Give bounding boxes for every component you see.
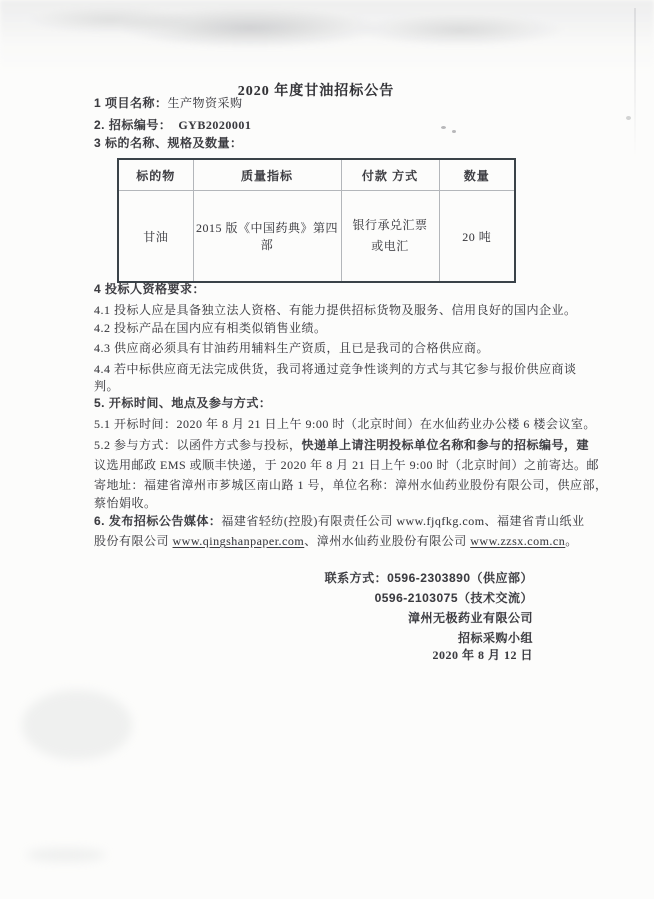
clause-4-4: 4.4 若中标供应商无法完成供货，我司将通过竞争性谈判的方式与其它参与报价供应商… [94, 360, 577, 378]
clause-5-2-recipient: 蔡怡娟收。 [94, 494, 157, 512]
field-tender-number-value: GYB2020001 [171, 118, 251, 132]
section5-heading: 5. 开标时间、地点及参与方式： [94, 394, 271, 412]
scan-speck [441, 126, 446, 129]
signature-company: 漳州无极药业有限公司 [408, 609, 533, 627]
contact-phone-2: 0596-2103075（技术交流） [375, 589, 533, 607]
table-data-row: 甘油 2015 版《中国药典》第四部 银行承兑汇票 或电汇 20 吨 [118, 191, 515, 283]
section4-heading: 4 投标人资格要求： [94, 280, 205, 298]
table-header-quantity: 数量 [439, 159, 515, 191]
clause-5-2-normal: 5.2 参与方式：以函件方式参与投标， [94, 438, 302, 452]
field-tender-number-label: 2. 招标编号： [94, 118, 171, 132]
scan-speck [452, 130, 456, 133]
cell-subject: 甘油 [118, 191, 193, 283]
table-header-row: 标的物 质量指标 付款 方式 数量 [118, 159, 515, 191]
section6-media-3: 、漳州水仙药业股份有限公司 [304, 534, 470, 548]
field-subject-heading-label: 3 标的名称、规格及数量： [94, 136, 243, 150]
clause-4-1: 4.1 投标人应是具备独立法人资格、有能力提供招标货物及服务、信用良好的国内企业… [94, 301, 577, 319]
field-project-name: 1 项目名称：生产物资采购 [94, 94, 243, 112]
field-project-name-label: 1 项目名称： [94, 96, 168, 110]
field-subject-heading: 3 标的名称、规格及数量： [94, 134, 243, 152]
tender-items-table: 标的物 质量指标 付款 方式 数量 甘油 2015 版《中国药典》第四部 银行承… [117, 158, 516, 283]
table-header-quality-standard: 质量指标 [193, 159, 341, 191]
contact-phone-1: 联系方式：0596-2303890（供应部） [325, 569, 533, 587]
media-url-zzsx: www.zzsx.com.cn [470, 534, 565, 548]
clause-5-2-continued-1: 议选用邮政 EMS 或顺丰快递，于 2020 年 8 月 21 日上午 9:00… [94, 456, 599, 474]
scan-smudge [22, 690, 132, 760]
clause-5-2: 5.2 参与方式：以函件方式参与投标，快递单上请注明投标单位名称和参与的招标编号… [94, 436, 589, 454]
field-project-name-value: 生产物资采购 [168, 96, 243, 110]
section6-heading: 6. 发布招标公告媒体： [94, 514, 221, 528]
scan-smudge [26, 848, 106, 862]
section6-line2: 股份有限公司 www.qingshanpaper.com、漳州水仙药业股份有限公… [94, 532, 578, 550]
cell-quantity: 20 吨 [439, 191, 515, 283]
table-header-subject: 标的物 [118, 159, 193, 191]
cell-quality-standard: 2015 版《中国药典》第四部 [193, 191, 341, 283]
clause-5-1: 5.1 开标时间：2020 年 8 月 21 日上午 9:00 时（北京时间）在… [94, 415, 596, 433]
clause-5-2-emphasis: 快递单上请注明投标单位名称和参与的招标编号，建 [302, 438, 590, 452]
scan-speck [626, 116, 631, 120]
clause-5-2-continued-2: 寄地址：福建省漳州市芗城区南山路 1 号，单位名称：漳州水仙药业股份有限公司，供… [94, 476, 608, 494]
section6-line1: 6. 发布招标公告媒体：福建省轻纺(控股)有限责任公司 www.fjqfkg.c… [94, 512, 585, 530]
document-page: 2020 年度甘油招标公告 1 项目名称：生产物资采购 2. 招标编号： GYB… [0, 0, 654, 899]
field-tender-number: 2. 招标编号： GYB2020001 [94, 116, 251, 134]
clause-4-4-continued: 判。 [94, 377, 119, 395]
clause-4-3: 4.3 供应商必须具有甘油药用辅料生产资质，且已是我司的合格供应商。 [94, 339, 489, 357]
signature-date: 2020 年 8 月 12 日 [432, 646, 533, 664]
scan-shadow-top [0, 0, 654, 72]
cell-payment-method: 银行承兑汇票 或电汇 [341, 191, 439, 283]
signature-department: 招标采购小组 [458, 629, 533, 647]
scan-edge-line [634, 8, 636, 158]
clause-4-2: 4.2 投标产品在国内应有相类似销售业绩。 [94, 319, 327, 337]
table-header-payment-method: 付款 方式 [341, 159, 439, 191]
section6-period: 。 [565, 534, 578, 548]
section6-media-2: 股份有限公司 [94, 534, 173, 548]
media-url-qingshanpaper: www.qingshanpaper.com [173, 534, 305, 548]
section6-media-1: 福建省轻纺(控股)有限责任公司 www.fjqfkg.com、福建省青山纸业 [221, 514, 584, 528]
